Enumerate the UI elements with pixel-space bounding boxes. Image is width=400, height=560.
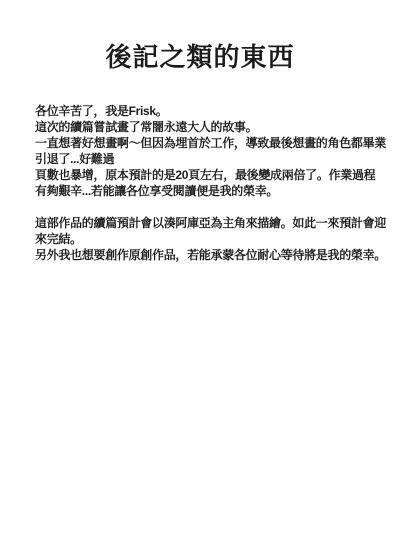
- afterword-line: 這部作品的續篇預計會以湊阿庫亞為主角來描繪。如此一來預計會迎: [35, 215, 376, 231]
- afterword-line: 有夠艱辛...若能讓各位享受閱讀便是我的榮幸。: [35, 183, 376, 199]
- page-title: 後記之類的東西: [0, 0, 400, 72]
- afterword-page: 後記之類的東西 各位辛苦了，我是Frisk。 這次的續篇嘗試畫了常闇永遠大人的故…: [0, 0, 400, 560]
- afterword-line: 這次的續篇嘗試畫了常闇永遠大人的故事。: [35, 119, 376, 135]
- afterword-line: 另外我也想要創作原創作品，若能承蒙各位耐心等待將是我的榮幸。: [35, 247, 376, 263]
- paragraph-production-notes: 各位辛苦了，我是Frisk。 這次的續篇嘗試畫了常闇永遠大人的故事。 一直想著好…: [35, 103, 376, 199]
- afterword-body: 各位辛苦了，我是Frisk。 這次的續篇嘗試畫了常闇永遠大人的故事。 一直想著好…: [35, 103, 376, 263]
- afterword-line: 頁數也暴增，原本預計的是20頁左右，最後變成兩倍了。作業過程: [35, 167, 376, 183]
- afterword-line: 來完結。: [35, 231, 376, 247]
- afterword-line: 一直想著好想畫啊～但因為埋首於工作，導致最後想畫的角色都畢業: [35, 135, 376, 151]
- afterword-line: 各位辛苦了，我是Frisk。: [35, 103, 376, 119]
- afterword-line: 引退了...好難過: [35, 151, 376, 167]
- paragraph-future-plans: 這部作品的續篇預計會以湊阿庫亞為主角來描繪。如此一來預計會迎 來完結。 另外我也…: [35, 215, 376, 263]
